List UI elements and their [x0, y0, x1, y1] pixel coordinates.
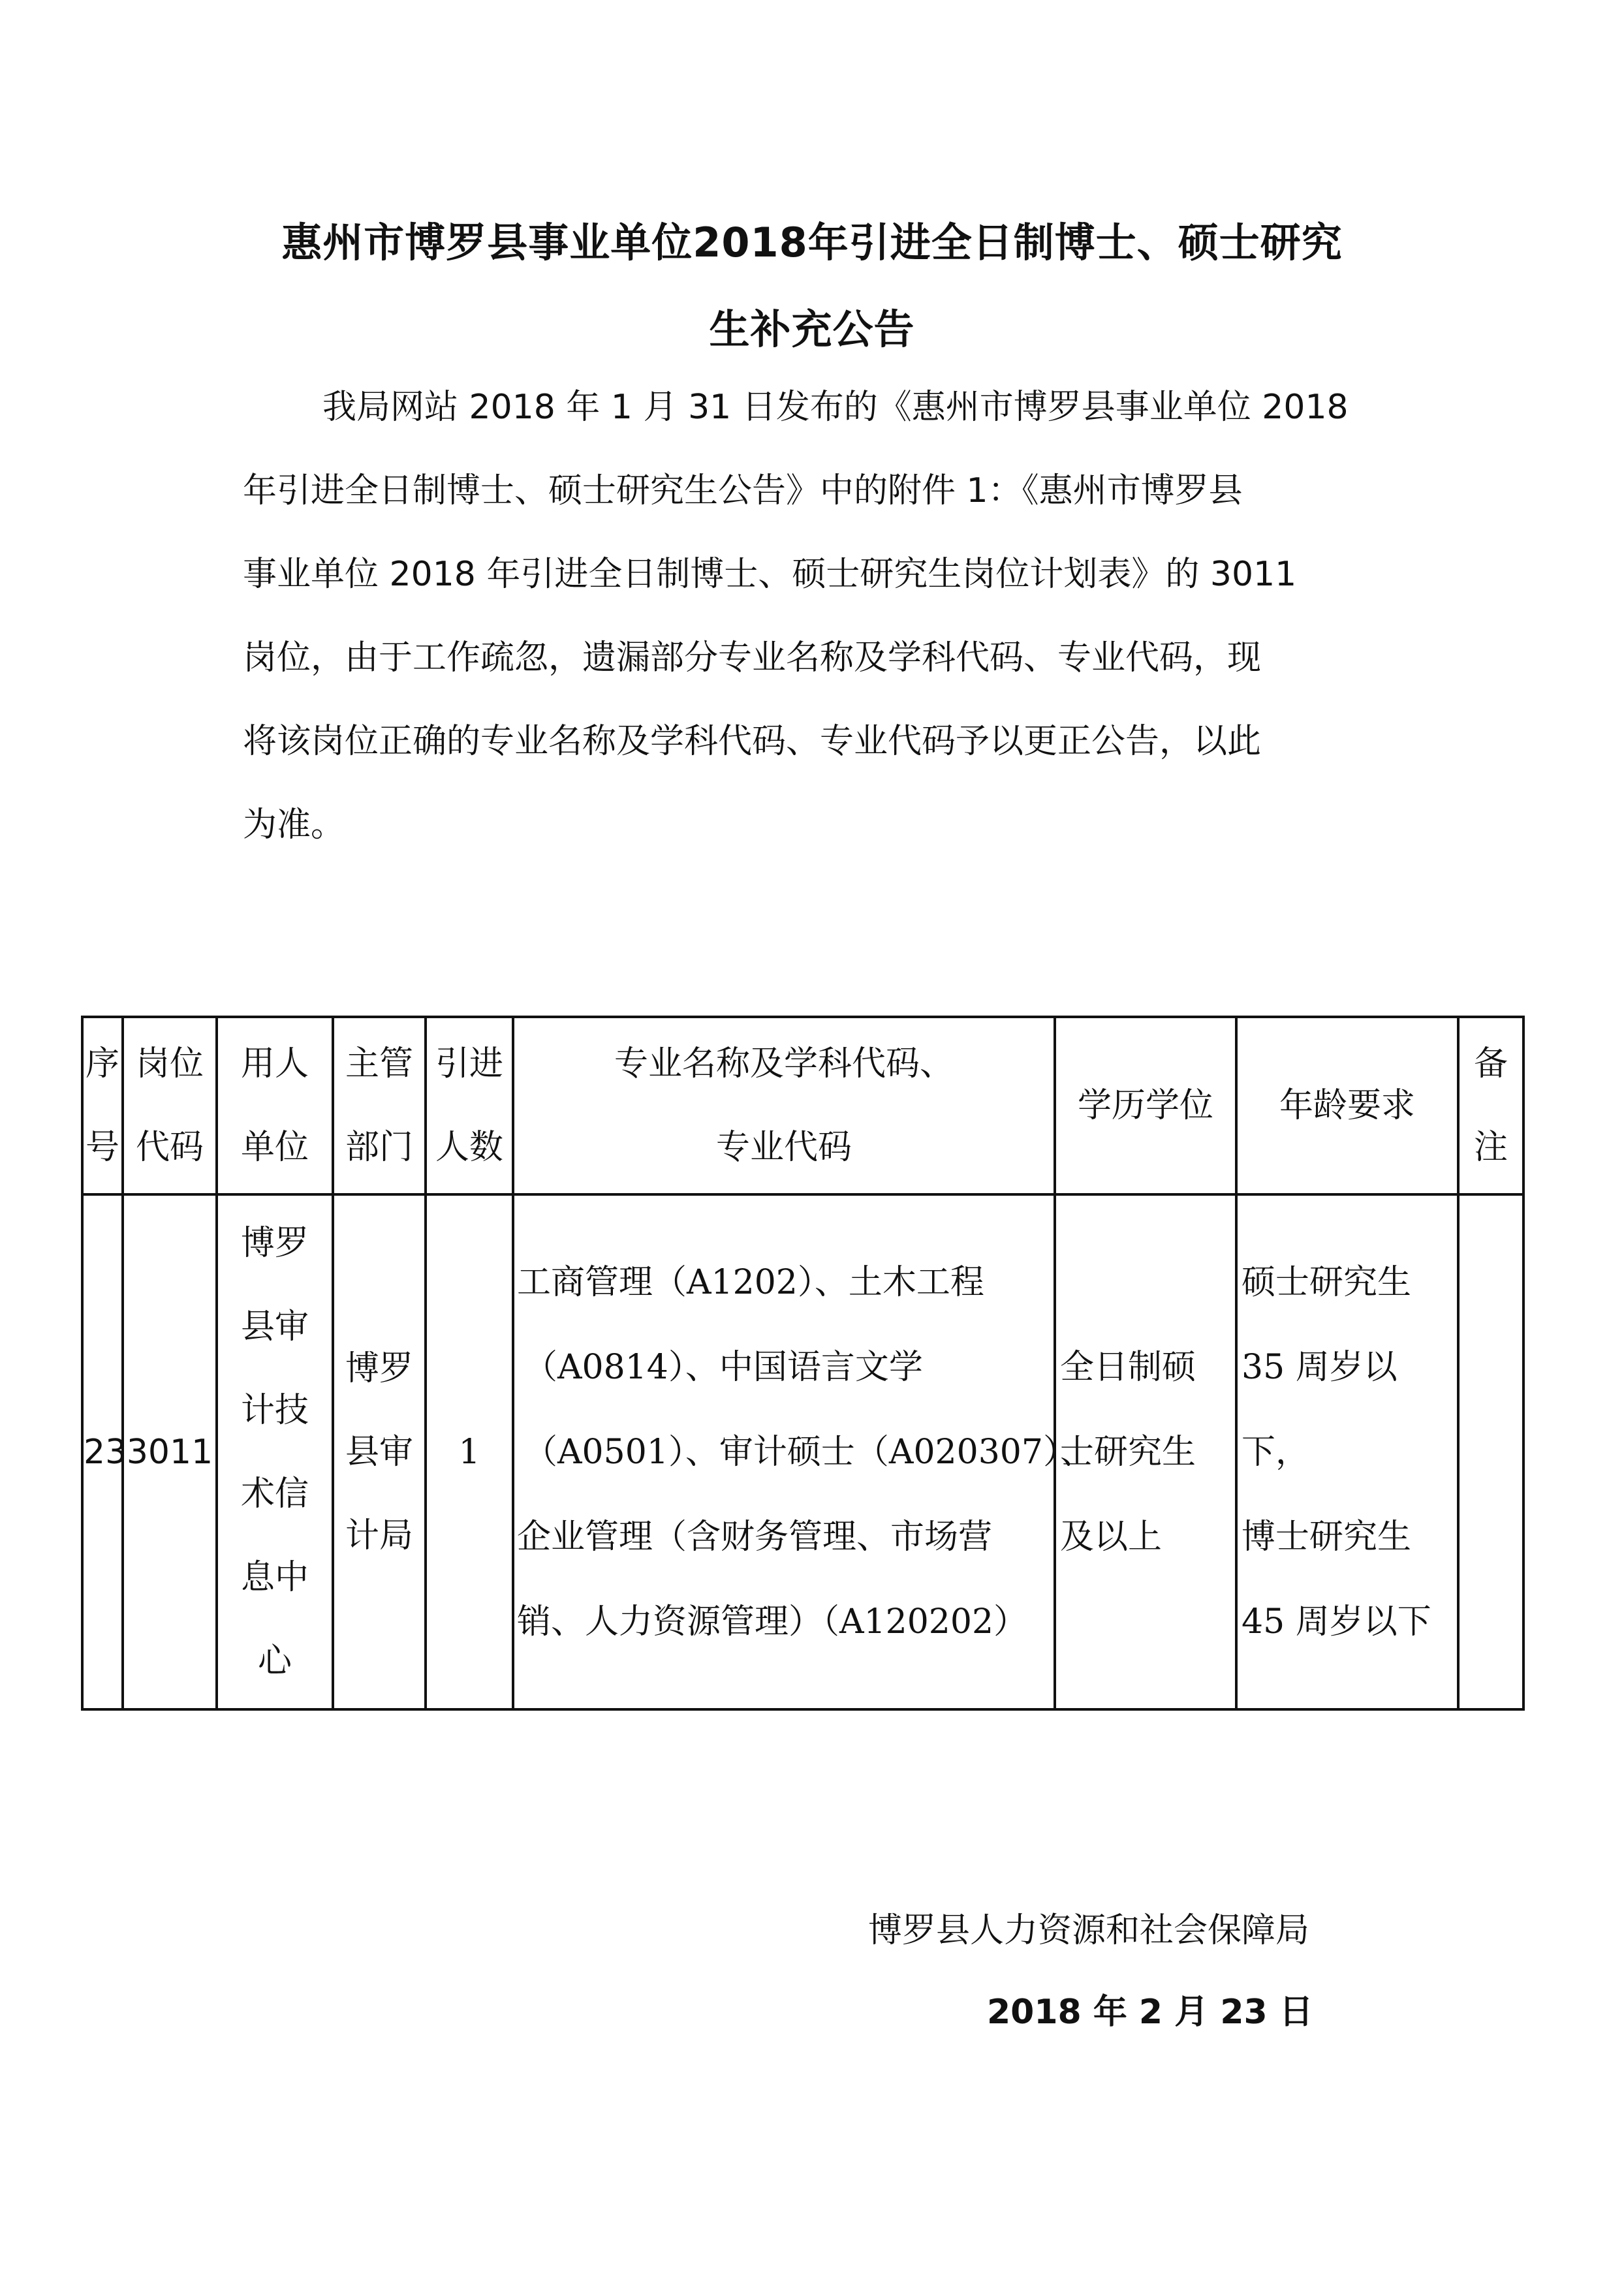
body-line-1: 我局网站 2018 年 1 月 31 日发布的《惠州市博罗县事业单位 2018	[243, 366, 1379, 449]
header-remark: 备注	[1458, 1017, 1523, 1194]
header-major: 专业名称及学科代码、专业代码	[513, 1017, 1055, 1194]
table-header-row: 序号 岗位代码 用人单位 主管部门 引进人数 专业名称及学科代码、专业代码 学历…	[82, 1017, 1523, 1194]
issuing-organization: 博罗县人力资源和社会保障局	[868, 1903, 1309, 1952]
cell-employer: 博罗 县审 计技 术信 息中 心	[217, 1194, 333, 1709]
body-line-2: 年引进全日制博士、硕士研究生公告》中的附件 1：《惠州市博罗县	[243, 449, 1379, 533]
cell-age: 硕士研究生 35 周岁以下， 博士研究生 45 周岁以下	[1236, 1194, 1458, 1709]
cell-post-code: 3011	[123, 1194, 217, 1709]
header-education: 学历学位	[1055, 1017, 1236, 1194]
header-seq: 序号	[82, 1017, 123, 1194]
cell-department: 博罗 县审 计局	[333, 1194, 426, 1709]
table-row: 23 3011 博罗 县审 计技 术信 息中 心 博罗 县审 计局 1 工商管理…	[82, 1194, 1523, 1709]
cell-seq: 23	[82, 1194, 123, 1709]
body-line-6: 为准。	[243, 783, 1379, 867]
body-line-3: 事业单位 2018 年引进全日制博士、硕士研究生岗位计划表》的 3011	[243, 533, 1379, 616]
position-plan-table: 序号 岗位代码 用人单位 主管部门 引进人数 专业名称及学科代码、专业代码 学历…	[81, 1016, 1525, 1711]
header-employer: 用人单位	[217, 1017, 333, 1194]
cell-remark	[1458, 1194, 1523, 1709]
header-age: 年龄要求	[1236, 1017, 1458, 1194]
cell-major: 工商管理（A1202）、土木工程 （A0814）、中国语言文学 （A0501）、…	[513, 1194, 1055, 1709]
header-post-code: 岗位代码	[123, 1017, 217, 1194]
cell-education: 全日制硕 士研究生 及以上	[1055, 1194, 1236, 1709]
notice-title-line-1: 惠州市博罗县事业单位2018年引进全日制博士、硕士研究	[0, 210, 1624, 268]
notice-title-line-2: 生补充公告	[0, 297, 1624, 355]
issue-date: 2018 年 2 月 23 日	[987, 1984, 1313, 2033]
header-count: 引进人数	[426, 1017, 513, 1194]
body-line-5: 将该岗位正确的专业名称及学科代码、专业代码予以更正公告，以此	[243, 700, 1379, 783]
cell-count: 1	[426, 1194, 513, 1709]
header-department: 主管部门	[333, 1017, 426, 1194]
body-line-4: 岗位，由于工作疏忽，遗漏部分专业名称及学科代码、专业代码，现	[243, 616, 1379, 700]
notice-body: 我局网站 2018 年 1 月 31 日发布的《惠州市博罗县事业单位 2018 …	[243, 366, 1379, 867]
